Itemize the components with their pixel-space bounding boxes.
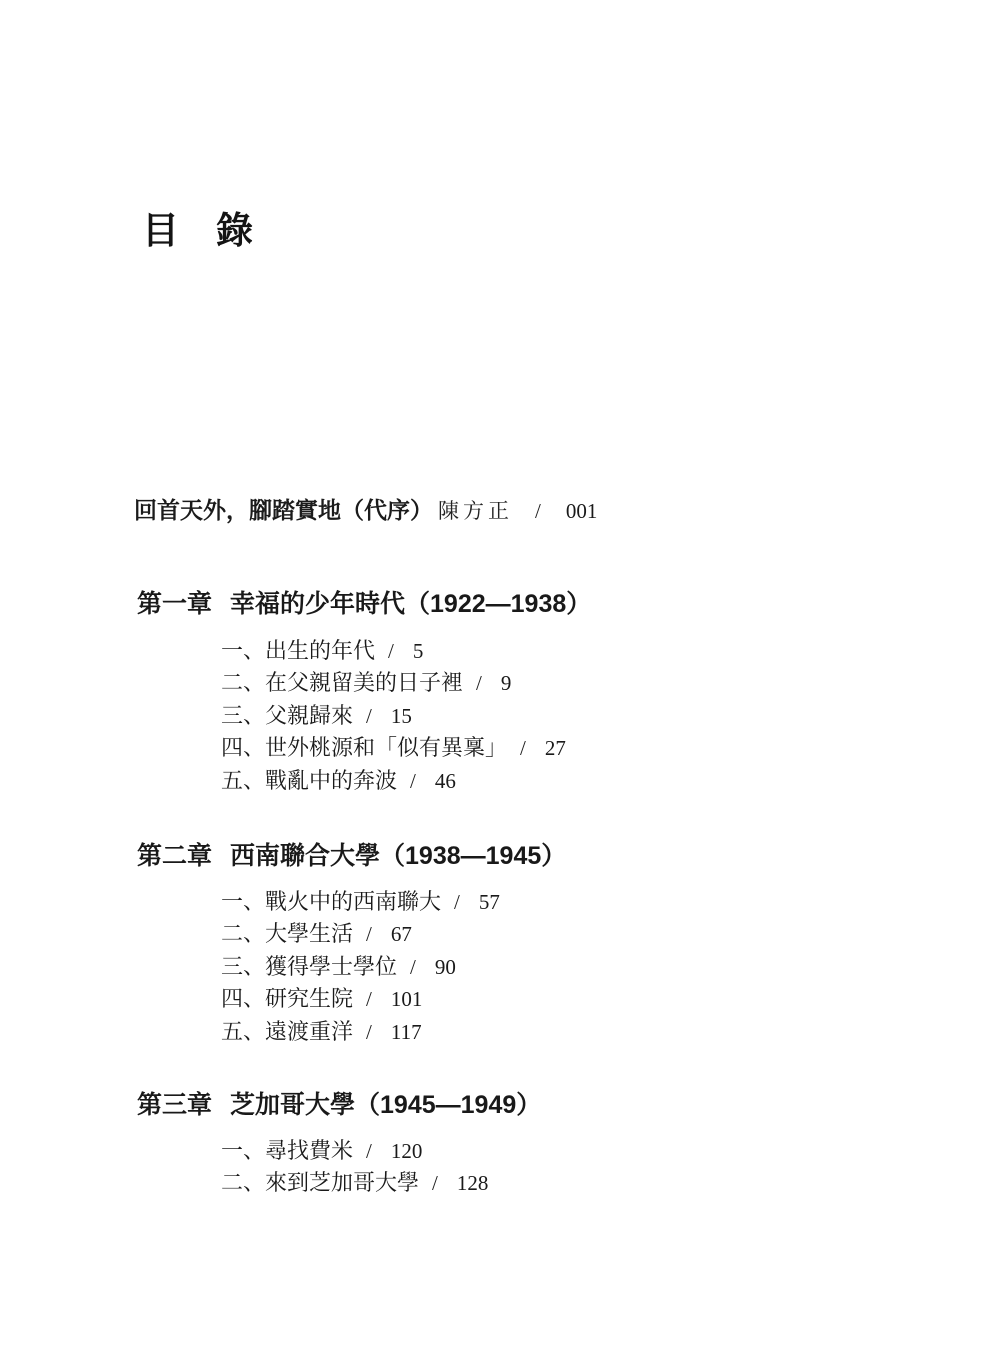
separator-slash: / <box>366 704 372 728</box>
toc-entry: 二、來到芝加哥大學/128 <box>221 1167 488 1199</box>
section-title: 一、尋找費米 <box>221 1138 353 1163</box>
chapter-1-title: 幸福的少年時代（1922—1938） <box>230 590 591 618</box>
separator-slash: / <box>366 1139 372 1163</box>
toc-entry: 二、大學生活/67 <box>221 918 500 950</box>
toc-entry: 一、出生的年代/5 <box>221 635 566 667</box>
toc-entry: 四、研究生院/101 <box>221 983 500 1015</box>
section-page-number: 46 <box>435 769 456 793</box>
section-page-number: 15 <box>391 704 412 728</box>
preface-author: 陳方正 <box>438 499 513 523</box>
separator-slash: / <box>535 499 541 523</box>
separator-slash: / <box>410 955 416 979</box>
chapter-1-label: 第一章 <box>137 590 212 618</box>
separator-slash: / <box>476 671 482 695</box>
preface-title: 回首天外，腳踏實地（代序） <box>134 497 433 523</box>
section-title: 四、世外桃源和「似有異稟」 <box>221 735 507 760</box>
toc-entry: 三、父親歸來/15 <box>221 700 566 732</box>
chapter-2-sections: 一、戰火中的西南聯大/57 二、大學生活/67 三、獲得學士學位/90 四、研究… <box>221 886 500 1048</box>
toc-page: 目 錄 回首天外，腳踏實地（代序）陳方正/001 第一章幸福的少年時代（1922… <box>0 0 1000 1369</box>
section-title: 一、戰火中的西南聯大 <box>221 889 441 914</box>
section-title: 三、父親歸來 <box>221 703 353 728</box>
toc-entry: 五、遠渡重洋/117 <box>221 1016 500 1048</box>
toc-entry: 二、在父親留美的日子裡/9 <box>221 667 566 699</box>
section-page-number: 90 <box>435 955 456 979</box>
separator-slash: / <box>432 1171 438 1195</box>
separator-slash: / <box>366 987 372 1011</box>
section-page-number: 9 <box>501 671 512 695</box>
toc-entry: 四、世外桃源和「似有異稟」/27 <box>221 732 566 764</box>
section-page-number: 5 <box>413 639 424 663</box>
section-title: 五、戰亂中的奔波 <box>221 768 397 793</box>
section-page-number: 117 <box>391 1020 422 1044</box>
chapter-3-label: 第三章 <box>137 1091 212 1119</box>
section-page-number: 120 <box>391 1139 423 1163</box>
chapter-2-label: 第二章 <box>137 842 212 870</box>
chapter-1-sections: 一、出生的年代/5 二、在父親留美的日子裡/9 三、父親歸來/15 四、世外桃源… <box>221 635 566 797</box>
separator-slash: / <box>454 890 460 914</box>
section-title: 二、來到芝加哥大學 <box>221 1170 419 1195</box>
separator-slash: / <box>410 769 416 793</box>
chapter-2-heading: 第二章西南聯合大學（1938—1945） <box>137 836 566 872</box>
section-page-number: 101 <box>391 987 423 1011</box>
section-title: 三、獲得學士學位 <box>221 954 397 979</box>
chapter-3-heading: 第三章芝加哥大學（1945—1949） <box>137 1085 541 1121</box>
separator-slash: / <box>520 736 526 760</box>
separator-slash: / <box>388 639 394 663</box>
section-title: 五、遠渡重洋 <box>221 1019 353 1044</box>
section-title: 四、研究生院 <box>221 986 353 1011</box>
section-page-number: 67 <box>391 922 412 946</box>
preface-entry: 回首天外，腳踏實地（代序）陳方正/001 <box>134 492 597 525</box>
separator-slash: / <box>366 922 372 946</box>
chapter-1-heading: 第一章幸福的少年時代（1922—1938） <box>137 584 591 620</box>
chapter-2-title: 西南聯合大學（1938—1945） <box>230 842 566 870</box>
section-title: 二、大學生活 <box>221 921 353 946</box>
toc-entry: 五、戰亂中的奔波/46 <box>221 765 566 797</box>
preface-page-number: 001 <box>566 499 598 523</box>
separator-slash: / <box>366 1020 372 1044</box>
section-title: 一、出生的年代 <box>221 638 375 663</box>
toc-entry: 三、獲得學士學位/90 <box>221 951 500 983</box>
chapter-3-title: 芝加哥大學（1945—1949） <box>230 1091 541 1119</box>
section-page-number: 57 <box>479 890 500 914</box>
page-title: 目 錄 <box>142 200 253 254</box>
toc-entry: 一、尋找費米/120 <box>221 1135 488 1167</box>
toc-entry: 一、戰火中的西南聯大/57 <box>221 886 500 918</box>
section-page-number: 27 <box>545 736 566 760</box>
section-page-number: 128 <box>457 1171 489 1195</box>
section-title: 二、在父親留美的日子裡 <box>221 670 463 695</box>
chapter-3-sections: 一、尋找費米/120 二、來到芝加哥大學/128 <box>221 1135 488 1200</box>
